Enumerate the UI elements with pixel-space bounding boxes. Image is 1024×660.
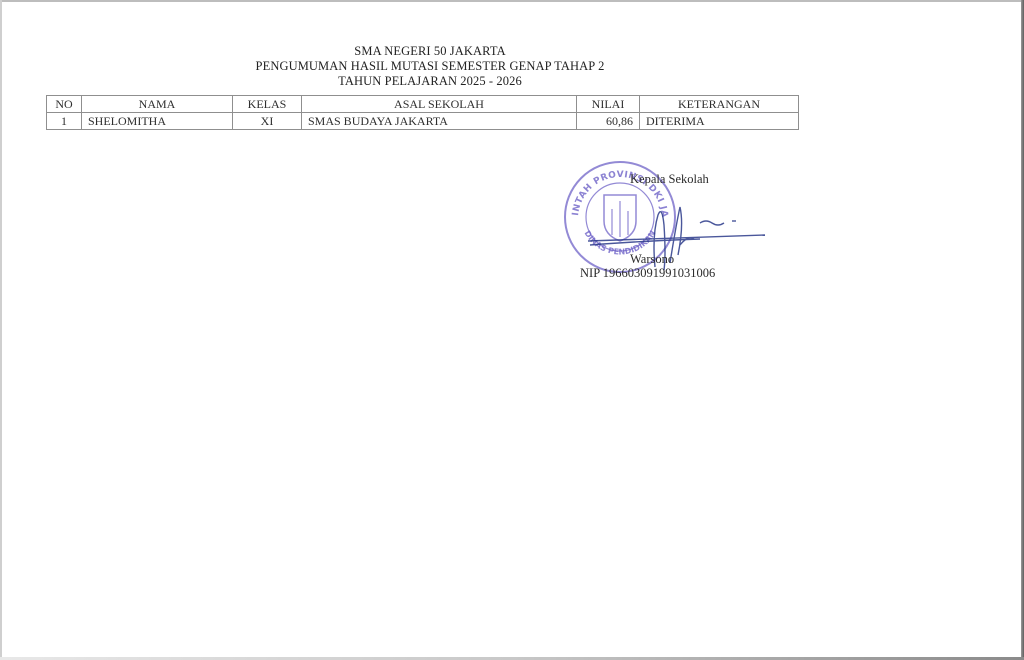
- announcement-title: PENGUMUMAN HASIL MUTASI SEMESTER GENAP T…: [220, 59, 640, 74]
- column-header-no: NO: [47, 96, 82, 113]
- cell-nilai: 60,86: [577, 113, 640, 130]
- column-header-asal-sekolah: ASAL SEKOLAH: [302, 96, 577, 113]
- table-header-row: NO NAMA KELAS ASAL SEKOLAH NILAI KETERAN…: [47, 96, 799, 113]
- cell-no: 1: [47, 113, 82, 130]
- cell-kelas: XI: [233, 113, 302, 130]
- results-table: NO NAMA KELAS ASAL SEKOLAH NILAI KETERAN…: [46, 95, 799, 130]
- column-header-nilai: NILAI: [577, 96, 640, 113]
- scan-edge-top: [0, 0, 1024, 2]
- cell-asal-sekolah: SMAS BUDAYA JAKARTA: [302, 113, 577, 130]
- academic-year: TAHUN PELAJARAN 2025 - 2026: [220, 74, 640, 89]
- cell-keterangan: DITERIMA: [640, 113, 799, 130]
- table-row: 1 SHELOMITHA XI SMAS BUDAYA JAKARTA 60,8…: [47, 113, 799, 130]
- signature-block: PEMERINTAH PROVINSI DKI JAKARTA DINAS PE…: [560, 155, 800, 285]
- document-header: SMA NEGERI 50 JAKARTA PENGUMUMAN HASIL M…: [220, 44, 640, 89]
- column-header-kelas: KELAS: [233, 96, 302, 113]
- school-name: SMA NEGERI 50 JAKARTA: [220, 44, 640, 59]
- signatory-name: Warsono: [630, 252, 674, 267]
- cell-nama: SHELOMITHA: [82, 113, 233, 130]
- signatory-role: Kepala Sekolah: [630, 172, 709, 187]
- handwritten-signature-icon: [580, 195, 770, 275]
- signatory-nip: NIP 196603091991031006: [580, 266, 715, 281]
- column-header-nama: NAMA: [82, 96, 233, 113]
- scan-edge-left: [0, 0, 2, 660]
- column-header-keterangan: KETERANGAN: [640, 96, 799, 113]
